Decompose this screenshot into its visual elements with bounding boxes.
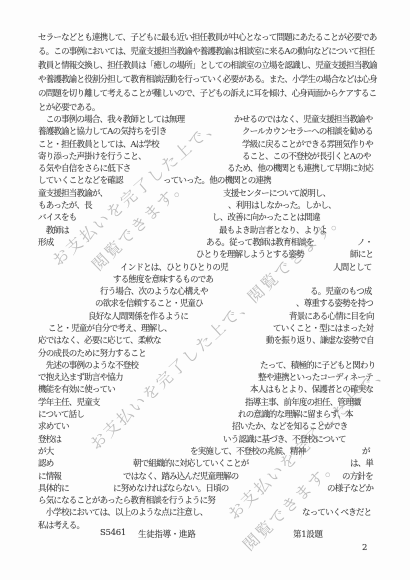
watermark-layer: お支払いを完了した上で、閲覧できます。お支払いを完了した上で、閲覧できます。お支… <box>0 0 410 580</box>
document-page: セラーなどとも連携して、子どもに最も近い担任教員が中心となって問題にあたることが… <box>0 0 410 580</box>
watermark-text: お支払いを完了した上で、 <box>48 114 224 271</box>
